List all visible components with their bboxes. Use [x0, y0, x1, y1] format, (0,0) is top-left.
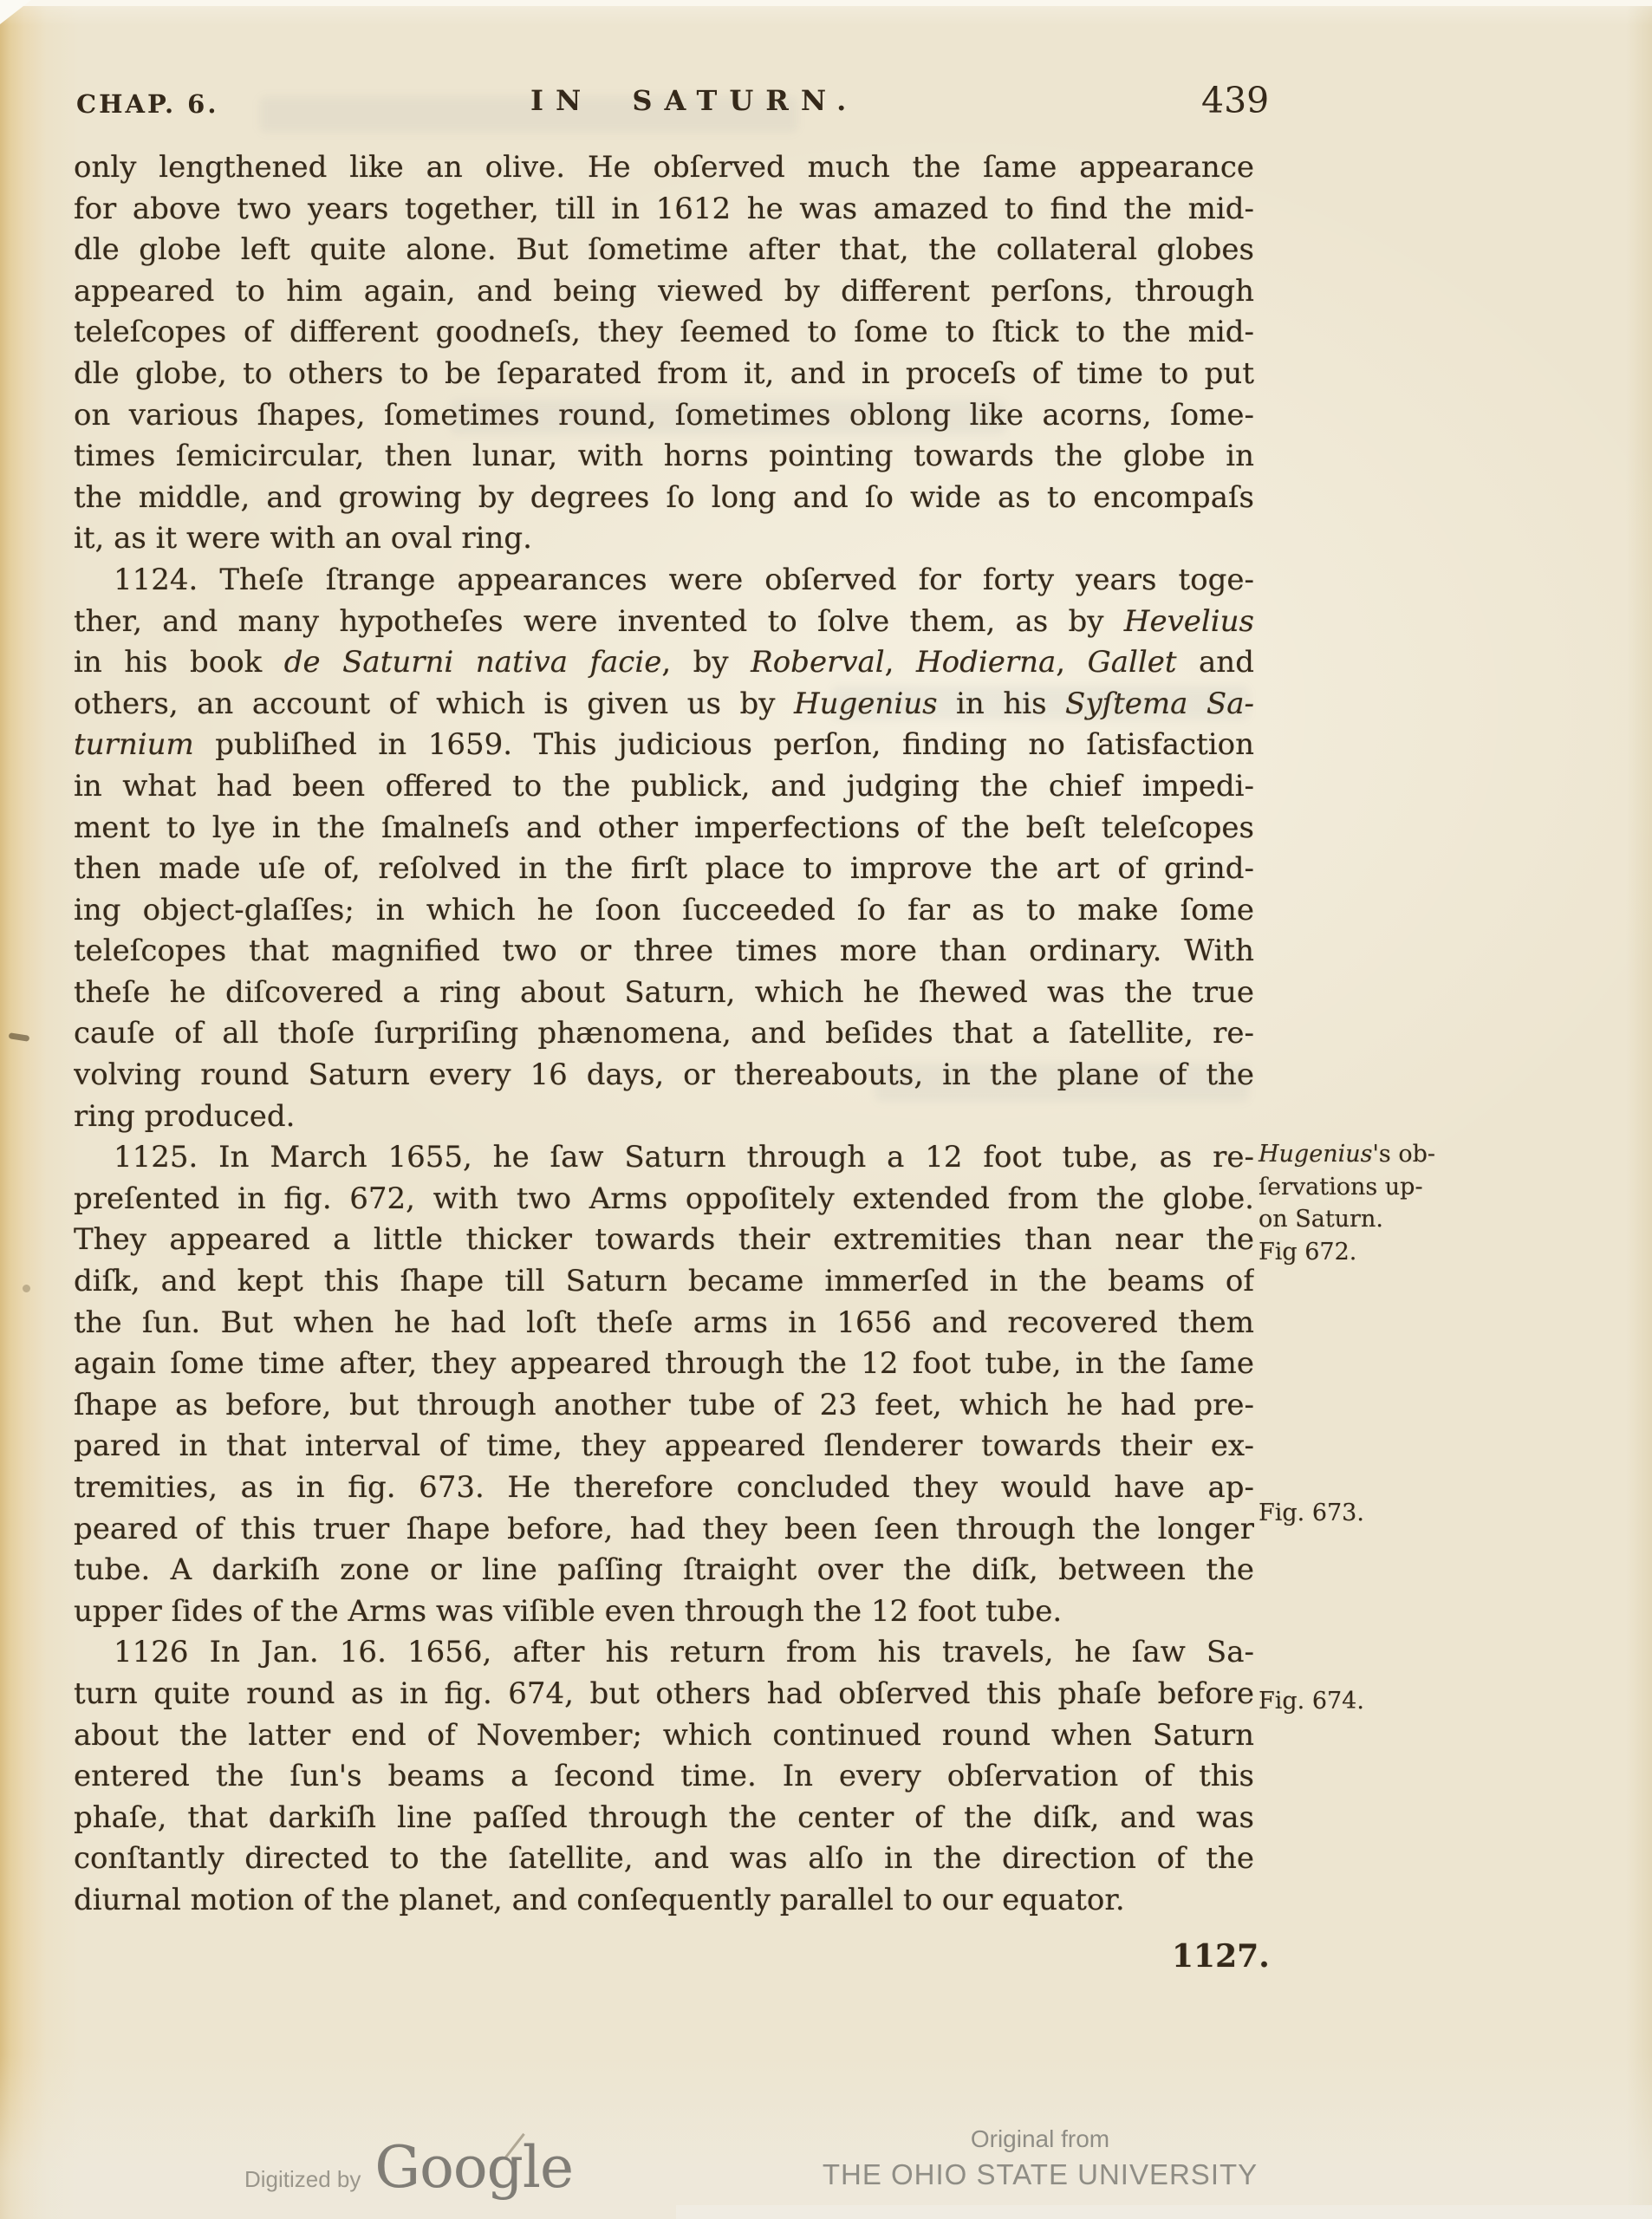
text-line: dle globe left quite alone. But ſometime… — [74, 230, 1254, 271]
paragraph: 1125. In March 1655, he ſaw Saturn throu… — [74, 1137, 1254, 1632]
page-number: 439 — [1201, 80, 1269, 121]
margin-note-fig-673: Fig. 673. — [1259, 1497, 1467, 1530]
text-line: times ſemicircular, then lunar, with hor… — [74, 436, 1254, 478]
text-line: about the latter end of November; which … — [74, 1715, 1254, 1757]
text-line: for above two years together, till in 16… — [74, 189, 1254, 231]
google-logo: Google — [374, 2134, 573, 2201]
text-line: They appeared a little thicker towards t… — [74, 1220, 1254, 1261]
source-credit: Original from THE OHIO STATE UNIVERSITY — [780, 2125, 1300, 2191]
catchword: 1127. — [1172, 1938, 1270, 1975]
margin-note-fig-674: Fig. 674. — [1259, 1685, 1467, 1718]
text-line: in what had been offered to the publick,… — [74, 766, 1254, 808]
scan-edge-top — [0, 0, 1652, 6]
text-line: conſtantly directed to the ſatellite, an… — [74, 1838, 1254, 1880]
original-from-label: Original from — [780, 2125, 1300, 2153]
text-line: the middle, and growing by degrees ſo lo… — [74, 478, 1254, 519]
text-line: teleſcopes that magnified two or three t… — [74, 931, 1254, 973]
institution-label: THE OHIO STATE UNIVERSITY — [780, 2158, 1300, 2191]
text-line: appeared to him again, and being viewed … — [74, 271, 1254, 313]
text-line: 1126 In Jan. 16. 1656, after his return … — [74, 1632, 1254, 1674]
text-line: volving round Saturn every 16 days, or t… — [74, 1055, 1254, 1096]
text-line: then made uſe of, reſolved in the firſt … — [74, 849, 1254, 890]
text-line: cauſe of all thoſe ſurpriſing phænomena,… — [74, 1013, 1254, 1055]
digitization-credit: Digitized by Google — [244, 2134, 573, 2201]
text-line: phaſe, that darkiſh line paſſed through … — [74, 1798, 1254, 1839]
ink-speck — [9, 1032, 30, 1042]
text-line: dle globe, to others to be ſeparated fro… — [74, 354, 1254, 395]
text-line: turnium publiſhed in 1659. This judiciou… — [74, 725, 1254, 766]
margin-note-hugenius-observations: Hugenius's ob-ſervations up-on Saturn.Fi… — [1259, 1138, 1467, 1268]
text-line: tube. A darkiſh zone or line paſſing ſtr… — [74, 1550, 1254, 1591]
text-line: only lengthened like an olive. He obſerv… — [74, 147, 1254, 189]
text-line: it, as it were with an oval ring. — [74, 518, 1254, 560]
margin-note-line: on Saturn. — [1259, 1203, 1467, 1236]
text-line: ing object-glaſſes; in which he ſoon ſuc… — [74, 890, 1254, 932]
text-line: teleſcopes of different goodneſs, they ſ… — [74, 312, 1254, 354]
margin-note-line: Fig 672. — [1259, 1236, 1467, 1269]
margin-note-line: Hugenius's ob- — [1259, 1138, 1467, 1171]
text-line: diſk, and kept this ſhape till Saturn be… — [74, 1261, 1254, 1303]
paragraph: only lengthened like an olive. He obſerv… — [74, 147, 1254, 560]
text-line: 1124. Theſe ſtrange appearances were obſ… — [74, 560, 1254, 602]
paragraph: 1126 In Jan. 16. 1656, after his return … — [74, 1632, 1254, 1921]
text-line: 1125. In March 1655, he ſaw Saturn throu… — [74, 1137, 1254, 1179]
text-line: again ſome time after, they appeared thr… — [74, 1344, 1254, 1385]
text-line: tremities, as in fig. 673. He therefore … — [74, 1467, 1254, 1509]
text-line: others, an account of which is given us … — [74, 684, 1254, 726]
text-line: diurnal motion of the planet, and conſeq… — [74, 1880, 1254, 1922]
text-line: preſented in fig. 672, with two Arms opp… — [74, 1179, 1254, 1220]
text-line: in his book de Saturni nativa facie, by … — [74, 642, 1254, 684]
text-line: pared in that interval of time, they app… — [74, 1426, 1254, 1467]
text-line: on various ſhapes, ſometimes round, ſome… — [74, 395, 1254, 437]
paragraph: 1124. Theſe ſtrange appearances were obſ… — [74, 560, 1254, 1137]
text-line: upper ſides of the Arms was viſible even… — [74, 1591, 1254, 1633]
text-line: entered the ſun's beams a ſecond time. I… — [74, 1756, 1254, 1798]
running-title: IN SATURN. — [530, 84, 858, 117]
scanned-book-page: CHAP. 6. IN SATURN. 439 only lengthened … — [0, 0, 1652, 2219]
text-line: ſhape as before, but through another tub… — [74, 1385, 1254, 1427]
digitized-by-label: Digitized by — [244, 2166, 361, 2193]
text-line: turn quite round as in fig. 674, but oth… — [74, 1674, 1254, 1715]
text-block: only lengthened like an olive. He obſerv… — [74, 147, 1254, 1922]
margin-note-line: Fig. 674. — [1259, 1685, 1467, 1718]
chapter-label: CHAP. 6. — [76, 89, 218, 119]
text-line: peared of this truer ſhape before, had t… — [74, 1509, 1254, 1551]
text-line: ment to lye in the ſmalneſs and other im… — [74, 808, 1254, 849]
text-line: ring produced. — [74, 1096, 1254, 1138]
ink-speck — [23, 1285, 30, 1292]
margin-note-line: Fig. 673. — [1259, 1497, 1467, 1530]
text-line: theſe he diſcovered a ring about Saturn,… — [74, 973, 1254, 1014]
text-line: ther, and many hypotheſes were invented … — [74, 602, 1254, 643]
margin-note-line: ſervations up- — [1259, 1171, 1467, 1204]
text-line: the ſun. But when he had loſt theſe arms… — [74, 1303, 1254, 1344]
